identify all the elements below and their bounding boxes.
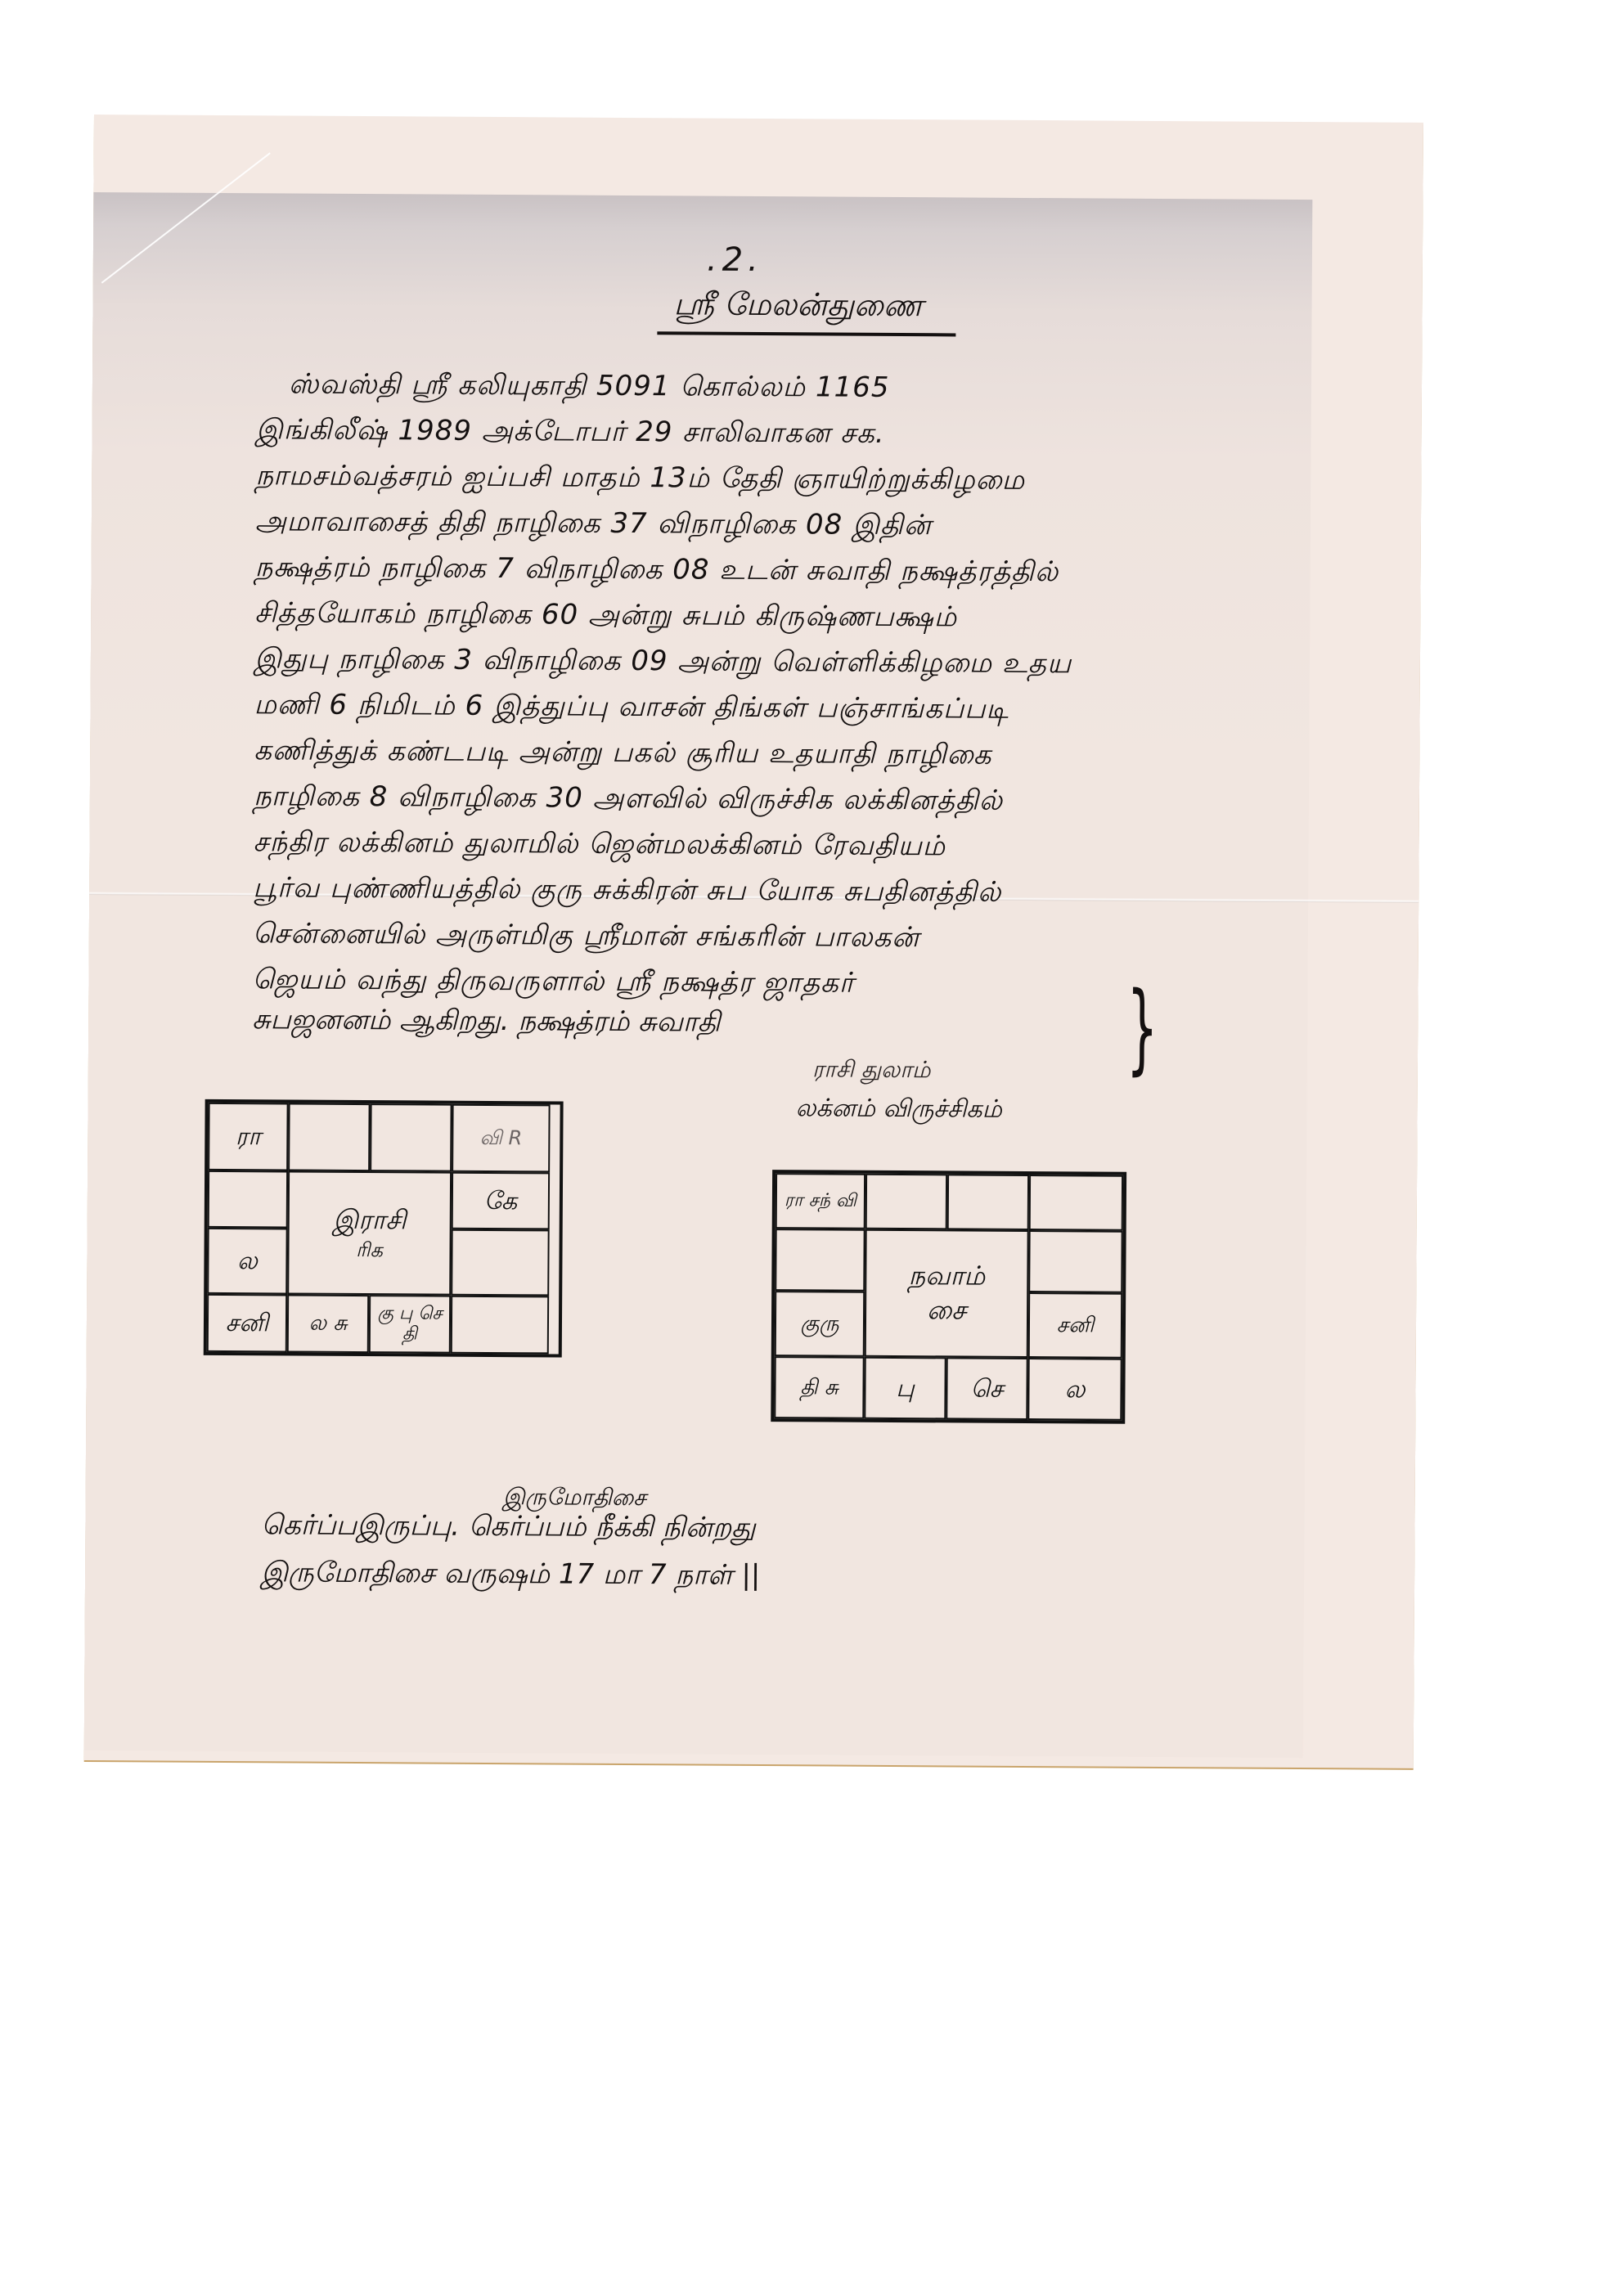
body-line: சித்தயோகம் நாழிகை 60 அன்று சுபம் கிருஷ்ண…	[254, 590, 1359, 642]
rasi-cell: கே	[452, 1172, 550, 1230]
navamsa-cell: ரா சந் வி	[776, 1173, 865, 1229]
rasi-cell: ரா	[208, 1103, 289, 1171]
body-line: நாமசம்வத்சரம் ஐப்பசி மாதம் 13ம் தேதி ஞாய…	[255, 452, 1360, 505]
page-number: .2.	[707, 241, 763, 279]
footer-line-2: இருமோதிசை வருஷம் 17 மா 7 நாள் ||	[261, 1556, 760, 1595]
body-line: கணித்துக் கண்டபடி அன்று பகல் சூரிய உதயாத…	[254, 727, 1358, 780]
rasi-chart: ரா வி R இராசி ரிக கே ல சனி ல சு கு பு செ…	[204, 1099, 564, 1358]
footer-line-1: கெர்ப்பஇருப்பு. கெர்ப்பம் நீக்கி நின்றது	[261, 1508, 760, 1548]
body-line: நக்ஷத்ரம் நாழிகை 7 விநாழிகை 08 உடன் சுவா…	[254, 544, 1359, 596]
body-line: ஜெயம் வந்து திருவருளால் ஸ்ரீ நக்ஷத்ர ஜாத…	[252, 956, 1356, 1009]
body-line: நாழிகை 8 விநாழிகை 30 அளவில் விருச்சிக லக…	[254, 773, 1358, 825]
navamsa-cell: சனி	[1028, 1292, 1122, 1359]
navamsa-cell: குரு	[775, 1291, 865, 1357]
signature-block: ராசி துலாம் லக்னம் விருச்சிகம்	[779, 1047, 1002, 1127]
rasi-sublabel: ரிக	[356, 1238, 383, 1263]
body-line: ஸ்வஸ்தி ஸ்ரீ கலியுகாதி 5091 கொல்லம் 1165	[256, 361, 1360, 413]
lagna-note: லக்னம் விருச்சிகம்	[795, 1094, 1001, 1127]
rasi-cell: வி R	[452, 1104, 551, 1173]
rasi-cell: ல	[207, 1228, 287, 1295]
navamsa-cell: தி சு	[774, 1356, 864, 1419]
body-line: இதுபு நாழிகை 3 விநாழிகை 09 அன்று வெள்ளிக…	[254, 636, 1359, 688]
navamsa-chart: ரா சந் வி நவாம் சை குரு சனி தி சு பு செ …	[771, 1170, 1126, 1424]
dasa-balance-note: இருமோதிசை கெர்ப்பஇருப்பு. கெர்ப்பம் நீக்…	[261, 1481, 761, 1595]
navamsa-cell	[947, 1174, 1029, 1230]
navamsa-cell	[1029, 1175, 1123, 1231]
rasi-cell: கு பு செ தி	[369, 1295, 451, 1354]
body-line: அமாவாசைத் திதி நாழிகை 37 விநாழிகை 08 இதி…	[255, 498, 1360, 550]
document-title: ஸ்ரீ மேலன்துணை	[657, 285, 955, 336]
birth-statement: சுபஜனனம் ஆகிறது. நக்ஷத்ரம் சுவாதி	[252, 1003, 721, 1041]
rasi-center-label: இராசி ரிக	[287, 1170, 452, 1295]
navamsa-cell: செ	[946, 1357, 1027, 1420]
rasi-cell	[451, 1296, 549, 1355]
rasi-cell	[370, 1103, 452, 1172]
navamsa-cell: ல	[1027, 1358, 1122, 1421]
body-text: ஸ்வஸ்தி ஸ்ரீ கலியுகாதி 5091 கொல்லம் 1165…	[252, 361, 1360, 1009]
brace-mark: }	[1126, 980, 1158, 1078]
body-line: சென்னையில் அருள்மிகு ஸ்ரீமான் சங்கரின் ப…	[253, 910, 1357, 963]
body-line: மணி 6 நிமிடம் 6 இத்துப்பு வாசன் திங்கள் …	[254, 681, 1358, 734]
rasi-cell	[288, 1103, 371, 1171]
rasi-cell: ல சு	[287, 1294, 369, 1353]
rasi-label: இராசி	[333, 1203, 407, 1238]
body-line: சந்திர லக்கினம் துலாமில் ஜென்மலக்கினம் ர…	[253, 819, 1357, 871]
body-line: இங்கிலீஷ் 1989 அக்டோபர் 29 சாலிவாகன சக.	[255, 407, 1360, 459]
navamsa-label: நவாம்	[908, 1260, 985, 1294]
rasi-cell: சனி	[207, 1294, 287, 1353]
navamsa-cell	[865, 1174, 947, 1230]
rasi-cell	[208, 1170, 288, 1229]
body-line: பூர்வ புண்ணியத்தில் குரு சுக்கிரன் சுப ய…	[253, 865, 1357, 917]
rasi-cell	[451, 1229, 549, 1296]
navamsa-cell: பு	[864, 1357, 946, 1420]
navamsa-center-label: நவாம் சை	[865, 1229, 1029, 1358]
navamsa-cell	[1028, 1230, 1122, 1293]
rasi-note: ராசி துலாம்	[812, 1055, 1002, 1086]
navamsa-sublabel: சை	[927, 1293, 966, 1328]
navamsa-cell	[775, 1229, 865, 1292]
document-page: .2. ஸ்ரீ மேலன்துணை ஸ்வஸ்தி ஸ்ரீ கலியுகாத…	[84, 115, 1423, 1768]
